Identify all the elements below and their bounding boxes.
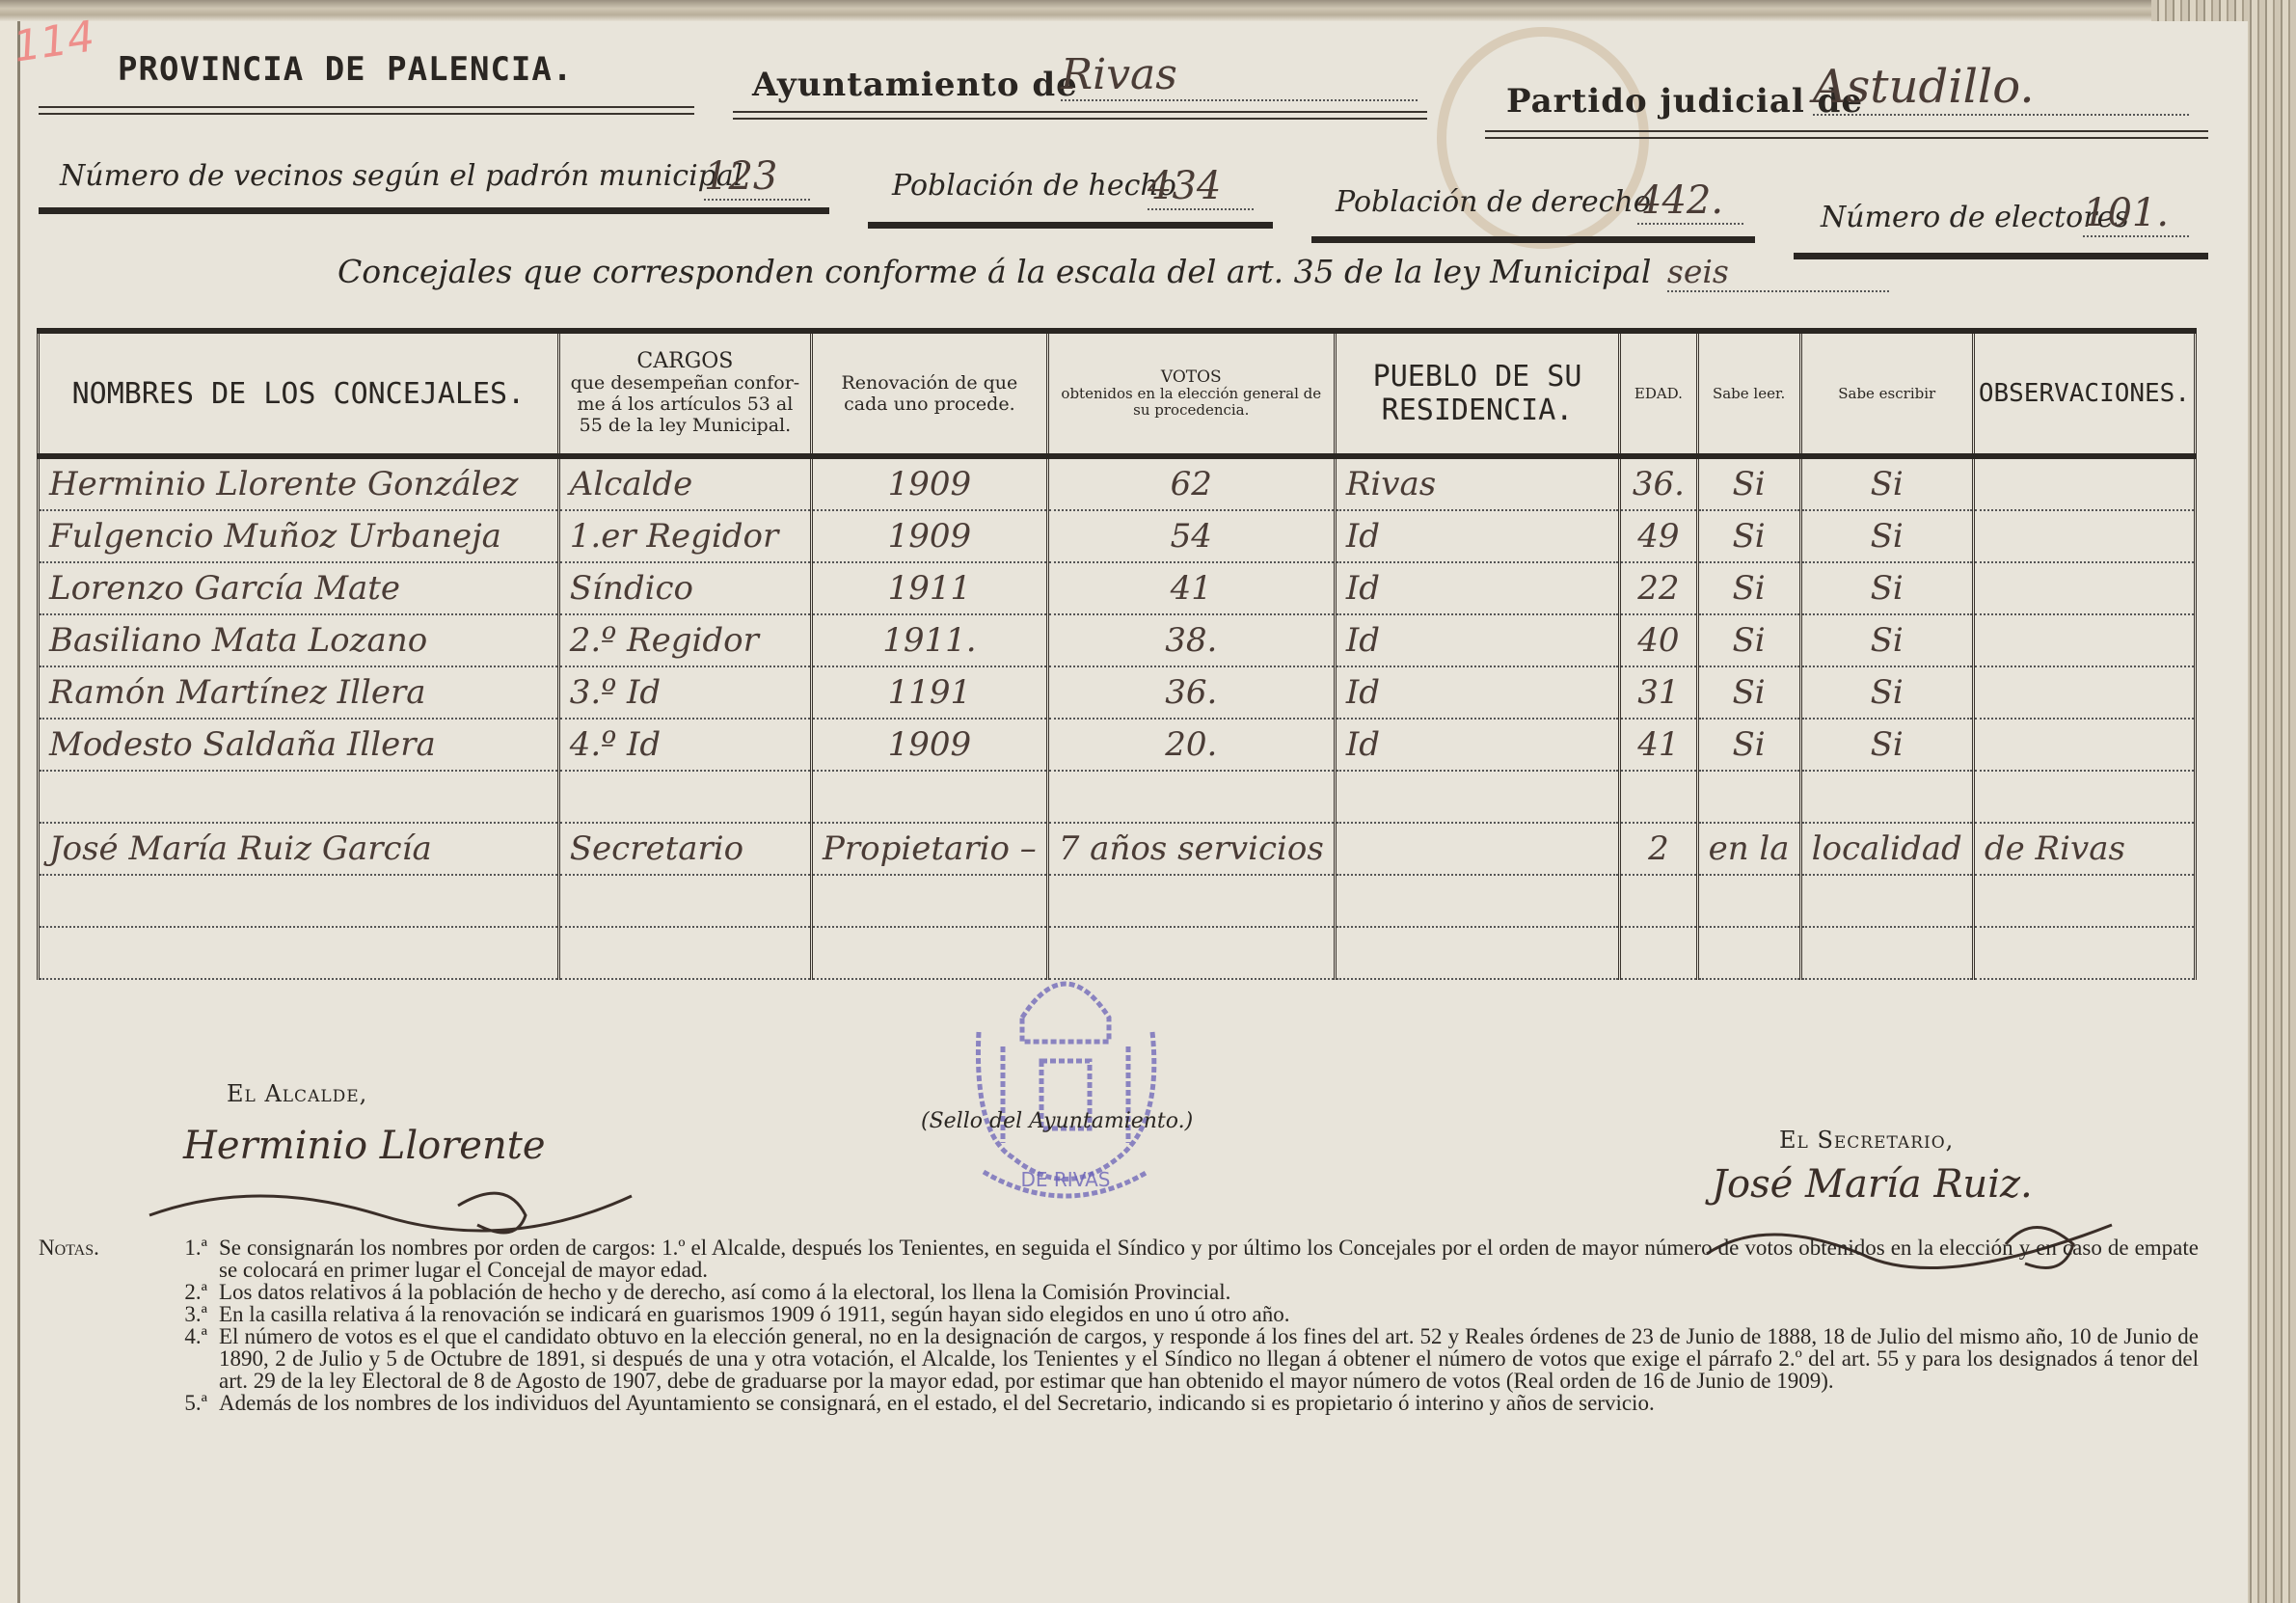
cell-cargo [558, 875, 811, 927]
cell-pueblo: Rivas [1335, 456, 1619, 510]
cell-cargo: 1.er Regidor [558, 510, 811, 562]
cell-cargo: Secretario [558, 823, 811, 875]
cell-leer: Si [1697, 562, 1800, 614]
cell-leer [1697, 771, 1800, 823]
cell-renovacion: 1911. [812, 614, 1048, 666]
cell-votos: 7 años servicios [1047, 823, 1335, 875]
table-body: Herminio Llorente GonzálezAlcalde190962R… [39, 456, 2196, 979]
cell-edad [1620, 771, 1697, 823]
cell-votos: 62 [1047, 456, 1335, 510]
table-row: Herminio Llorente GonzálezAlcalde190962R… [39, 456, 2196, 510]
note-text: El número de votos es el que el candidat… [219, 1325, 2199, 1392]
cell-edad: 40 [1620, 614, 1697, 666]
note-text: Además de los nombres de los individuos … [219, 1392, 2199, 1414]
cell-escribir: Si [1800, 719, 1973, 771]
cell-leer [1697, 875, 1800, 927]
col-pueblo: PUEBLO DE SU RESIDENCIA. [1335, 331, 1619, 456]
cell-leer: Si [1697, 719, 1800, 771]
seal-caption: (Sello del Ayuntamiento.) [921, 1109, 1193, 1133]
table-row: Fulgencio Muñoz Urbaneja1.er Regidor1909… [39, 510, 2196, 562]
cell-renovacion: 1909 [812, 456, 1048, 510]
cell-nombre: Ramón Martínez Illera [39, 666, 559, 719]
poblacion-hecho-value: 434 [1148, 164, 1254, 210]
cell-edad: 36. [1620, 456, 1697, 510]
poblacion-hecho-label: Población de hecho [892, 169, 1176, 203]
table-row: Modesto Saldaña Illera4.º Id190920.Id41S… [39, 719, 2196, 771]
cell-leer: Si [1697, 666, 1800, 719]
stats-underline [39, 207, 829, 214]
table-row [39, 771, 2196, 823]
cell-leer: en la [1697, 823, 1800, 875]
table-row: Ramón Martínez Illera3.º Id119136.Id31Si… [39, 666, 2196, 719]
header-divider [733, 111, 1427, 120]
cell-nombre [39, 875, 559, 927]
cell-pueblo [1335, 771, 1619, 823]
partido-value: Astudillo. [1813, 60, 2189, 116]
cell-pueblo: Id [1335, 666, 1619, 719]
cell-leer [1697, 927, 1800, 979]
cell-escribir [1800, 927, 1973, 979]
cell-escribir: Si [1800, 614, 1973, 666]
cell-leer: Si [1697, 456, 1800, 510]
cell-nombre [39, 927, 559, 979]
cell-votos: 36. [1047, 666, 1335, 719]
notes-label: Notas. [39, 1236, 154, 1281]
cell-nombre: Fulgencio Muñoz Urbaneja [39, 510, 559, 562]
col-votos: VOTOS obtenidos en la elección general d… [1047, 331, 1335, 456]
col-renovacion: Renovación de que cada uno procede. [812, 331, 1048, 456]
cell-obs [1973, 456, 2195, 510]
cell-escribir: Si [1800, 456, 1973, 510]
note-number: 5.ª [154, 1392, 219, 1414]
cell-pueblo: Id [1335, 614, 1619, 666]
notes-label [39, 1392, 154, 1414]
poblacion-derecho-label: Población de derecho [1336, 185, 1651, 219]
cell-edad: 22 [1620, 562, 1697, 614]
cell-votos: 41 [1047, 562, 1335, 614]
cell-edad: 41 [1620, 719, 1697, 771]
note-item: 3.ªEn la casilla relativa á la renovació… [39, 1303, 2199, 1325]
cell-escribir [1800, 771, 1973, 823]
poblacion-derecho-value: 442. [1637, 178, 1743, 225]
cell-edad: 31 [1620, 666, 1697, 719]
cell-votos: 20. [1047, 719, 1335, 771]
secretario-label: El Secretario, [1779, 1127, 1954, 1154]
col-nombres: NOMBRES DE LOS CONCEJALES. [39, 331, 559, 456]
votos-subtitle: obtenidos en la elección general de su p… [1053, 386, 1330, 419]
note-text: En la casilla relativa á la renovación s… [219, 1303, 2199, 1325]
cell-nombre: José María Ruiz García [39, 823, 559, 875]
note-number: 1.ª [154, 1236, 219, 1281]
ayuntamiento-value: Rivas [1061, 50, 1418, 101]
cell-escribir [1800, 875, 1973, 927]
page-top-edge [0, 0, 2296, 21]
col-observaciones: OBSERVACIONES. [1973, 331, 2195, 456]
cell-nombre: Basiliano Mata Lozano [39, 614, 559, 666]
note-item: 4.ªEl número de votos es el que el candi… [39, 1325, 2199, 1392]
table-row: José María Ruiz GarcíaSecretarioPropieta… [39, 823, 2196, 875]
cell-obs [1973, 510, 2195, 562]
cell-escribir: Si [1800, 666, 1973, 719]
cell-escribir: Si [1800, 510, 1973, 562]
cell-cargo [558, 927, 811, 979]
cell-edad: 49 [1620, 510, 1697, 562]
municipal-seal-icon: DE RIVAS [955, 950, 1176, 1210]
cell-votos [1047, 771, 1335, 823]
cell-cargo: Alcalde [558, 456, 811, 510]
cell-votos [1047, 875, 1335, 927]
concejales-table: NOMBRES DE LOS CONCEJALES. CARGOS que de… [37, 328, 2197, 980]
cell-obs [1973, 614, 2195, 666]
vecinos-value: 123 [704, 154, 810, 201]
notes-section: Notas.1.ªSe consignarán los nombres por … [39, 1236, 2199, 1414]
notes-label [39, 1303, 154, 1325]
vecinos-label: Número de vecinos según el padrón munici… [60, 159, 743, 193]
cell-renovacion [812, 875, 1048, 927]
cell-votos: 38. [1047, 614, 1335, 666]
alcalde-label: El Alcalde, [227, 1080, 367, 1107]
cell-pueblo [1335, 823, 1619, 875]
cell-nombre [39, 771, 559, 823]
concejales-label: Concejales que corresponden conforme á l… [338, 253, 1651, 290]
cell-renovacion: 1911 [812, 562, 1048, 614]
cell-pueblo: Id [1335, 719, 1619, 771]
cell-cargo: 4.º Id [558, 719, 811, 771]
table-header-row: NOMBRES DE LOS CONCEJALES. CARGOS que de… [39, 331, 2196, 456]
note-text: Los datos relativos á la población de he… [219, 1281, 2199, 1303]
note-text: Se consignarán los nombres por orden de … [219, 1236, 2199, 1281]
cell-escribir: Si [1800, 562, 1973, 614]
cell-leer: Si [1697, 614, 1800, 666]
cell-renovacion: Propietario – [812, 823, 1048, 875]
cargos-title: CARGOS [564, 351, 806, 372]
cell-renovacion [812, 771, 1048, 823]
cell-obs: de Rivas [1973, 823, 2195, 875]
cell-cargo: Síndico [558, 562, 811, 614]
note-number: 3.ª [154, 1303, 219, 1325]
cell-obs [1973, 562, 2195, 614]
alcalde-flourish-icon [140, 1177, 641, 1244]
stats-underline [868, 222, 1273, 229]
cell-renovacion: 1191 [812, 666, 1048, 719]
cell-obs [1973, 666, 2195, 719]
cell-cargo: 3.º Id [558, 666, 811, 719]
cell-renovacion: 1909 [812, 510, 1048, 562]
cell-pueblo: Id [1335, 510, 1619, 562]
cell-obs [1973, 875, 2195, 927]
cell-nombre: Modesto Saldaña Illera [39, 719, 559, 771]
concejales-value: seis [1667, 253, 1889, 292]
province-title: PROVINCIA DE PALENCIA. [118, 50, 573, 89]
col-edad: EDAD. [1620, 331, 1697, 456]
table-row: Basiliano Mata Lozano2.º Regidor1911.38.… [39, 614, 2196, 666]
notes-label [39, 1281, 154, 1303]
notes-label [39, 1325, 154, 1392]
cell-pueblo [1335, 927, 1619, 979]
col-sabe-escribir: Sabe escribir [1800, 331, 1973, 456]
cell-edad: 2 [1620, 823, 1697, 875]
cell-cargo: 2.º Regidor [558, 614, 811, 666]
cell-votos: 54 [1047, 510, 1335, 562]
cell-nombre: Lorenzo García Mate [39, 562, 559, 614]
cell-edad [1620, 927, 1697, 979]
col-cargos: CARGOS que desempeñan confor- me á los a… [558, 331, 811, 456]
stats-underline [1311, 236, 1755, 243]
cell-pueblo [1335, 875, 1619, 927]
partido-label: Partido judicial de [1506, 82, 1863, 121]
votos-title: VOTOS [1053, 369, 1330, 386]
table-row: Lorenzo García MateSíndico191141Id22SiSi [39, 562, 2196, 614]
cell-renovacion: 1909 [812, 719, 1048, 771]
note-item: 2.ªLos datos relativos á la población de… [39, 1281, 2199, 1303]
cell-nombre: Herminio Llorente González [39, 456, 559, 510]
cell-leer: Si [1697, 510, 1800, 562]
cell-obs [1973, 771, 2195, 823]
electores-value: 101. [2083, 191, 2189, 237]
header-divider [1485, 130, 2208, 139]
col-sabe-leer: Sabe leer. [1697, 331, 1800, 456]
note-item: Notas.1.ªSe consignarán los nombres por … [39, 1236, 2199, 1281]
header-divider [39, 106, 694, 115]
cell-obs [1973, 719, 2195, 771]
note-item: 5.ªAdemás de los nombres de los individu… [39, 1392, 2199, 1414]
note-number: 4.ª [154, 1325, 219, 1392]
cell-pueblo: Id [1335, 562, 1619, 614]
table-row [39, 875, 2196, 927]
cell-cargo [558, 771, 811, 823]
cell-escribir: localidad [1800, 823, 1973, 875]
note-number: 2.ª [154, 1281, 219, 1303]
ayuntamiento-label: Ayuntamiento de [752, 66, 1078, 104]
secretario-signature: José María Ruiz. [1712, 1162, 2033, 1207]
cell-obs [1973, 927, 2195, 979]
seal-text: DE RIVAS [1021, 1168, 1111, 1191]
cell-edad [1620, 875, 1697, 927]
concejales-line: Concejales que corresponden conforme á l… [338, 253, 1889, 292]
alcalde-signature: Herminio Llorente [183, 1124, 546, 1168]
cargos-subtitle: que desempeñan confor- me á los artículo… [564, 372, 806, 436]
